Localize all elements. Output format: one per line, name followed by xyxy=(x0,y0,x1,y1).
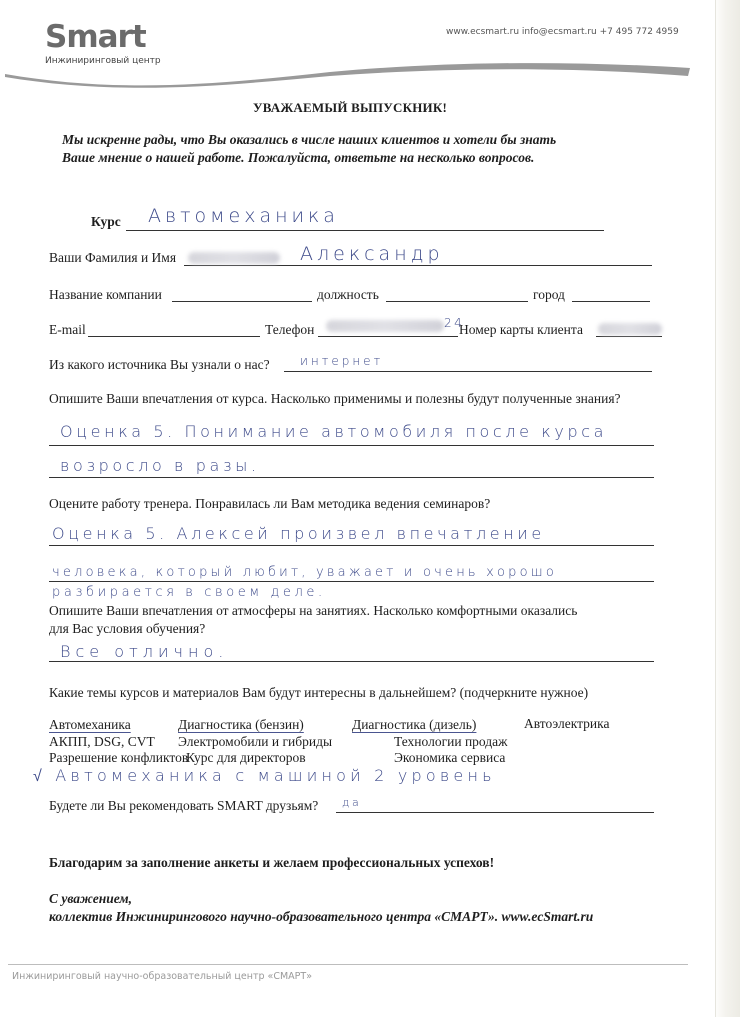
recommend-question: Будете ли Вы рекомендовать SMART друзьям… xyxy=(49,798,318,814)
company-field-line[interactable] xyxy=(172,301,312,302)
email-label: E-mail xyxy=(49,322,86,338)
client-card-label: Номер карты клиента xyxy=(459,322,583,338)
city-label: город xyxy=(533,287,565,303)
topic-auto-electrics[interactable]: Автоэлектрика xyxy=(524,716,609,732)
source-value: интернет xyxy=(300,354,383,368)
recommend-answer: да xyxy=(342,796,361,809)
atmosphere-answer: Все отлично. xyxy=(60,642,228,661)
thanks-message: Благодарим за заполнение анкеты и желаем… xyxy=(49,855,494,871)
intro-line-1: Мы искренне рады, что Вы оказались в чис… xyxy=(62,131,556,149)
topic-sales-technology[interactable]: Технологии продаж xyxy=(394,734,507,750)
source-field-line[interactable] xyxy=(284,371,652,372)
course-label: Курс xyxy=(91,214,121,230)
course-value: Автомеханика xyxy=(148,205,339,227)
trainer-question: Оцените работу тренера. Понравилась ли В… xyxy=(49,496,490,512)
topic-auto-mechanics[interactable]: Автомеханика xyxy=(49,717,131,733)
page-title: УВАЖАЕМЫЙ ВЫПУСКНИК! xyxy=(0,100,700,116)
email-field-line[interactable] xyxy=(88,336,260,337)
city-field-line[interactable] xyxy=(572,301,650,302)
trainer-answer-3: разбирается в своем деле. xyxy=(52,585,326,600)
intro-line-2: Ваше мнение о нашей работе. Пожалуйста, … xyxy=(62,149,556,167)
redacted-phone xyxy=(326,320,444,332)
trainer-answer-line-1[interactable] xyxy=(49,545,654,546)
topics-handwritten-extra: √ Автомеханика с машиной 2 уровень xyxy=(33,766,496,786)
header-contacts: www.ecsmart.ru info@ecsmart.ru +7 495 77… xyxy=(446,27,679,37)
topic-director-course[interactable]: Курс для директоров xyxy=(186,750,306,766)
regards-line-2: коллектив Инжинирингового научно-образов… xyxy=(49,908,593,926)
trainer-answer-line-2[interactable] xyxy=(49,581,654,582)
company-label: Название компании xyxy=(49,287,162,303)
footer-divider xyxy=(8,964,688,965)
source-label: Из какого источника Вы узнали о нас? xyxy=(49,357,270,373)
course-impressions-line-2[interactable] xyxy=(49,477,654,478)
regards-block: С уважением, коллектив Инжинирингового н… xyxy=(49,890,593,926)
topic-diagnostics-petrol[interactable]: Диагностика (бензин) xyxy=(178,717,304,733)
name-field-line[interactable] xyxy=(184,265,652,266)
intro-text: Мы искренне рады, что Вы оказались в чис… xyxy=(62,131,556,167)
course-impressions-answer-1: Оценка 5. Понимание автомобиля после кур… xyxy=(60,422,607,441)
regards-line-1: С уважением, xyxy=(49,890,593,908)
trainer-answer-2: человека, который любит, уважает и очень… xyxy=(52,565,557,580)
position-field-line[interactable] xyxy=(386,301,528,302)
recommend-answer-line[interactable] xyxy=(336,812,654,813)
header-swoosh-decoration xyxy=(0,44,700,94)
redacted-surname xyxy=(188,252,280,264)
name-value: Александр xyxy=(300,243,444,265)
topic-service-economics[interactable]: Экономика сервиса xyxy=(394,750,505,766)
atmosphere-answer-line[interactable] xyxy=(49,661,654,662)
phone-label: Телефон xyxy=(265,322,314,338)
atmosphere-question-line-2: для Вас условия обучения? xyxy=(49,621,205,637)
footer-text: Инжиниринговый научно-образовательный це… xyxy=(12,971,312,982)
atmosphere-question-line-1: Опишите Ваши впечатления от атмосферы на… xyxy=(49,603,577,619)
course-field-line[interactable] xyxy=(126,230,604,231)
course-impressions-line-1[interactable] xyxy=(49,445,654,446)
position-label: должность xyxy=(317,287,379,303)
name-label: Ваши Фамилия и Имя xyxy=(49,250,176,266)
phone-field-line[interactable] xyxy=(318,336,458,337)
topic-gearbox[interactable]: АКПП, DSG, CVT xyxy=(49,734,155,750)
topic-conflict-resolution[interactable]: Разрешение конфликтов xyxy=(49,750,188,766)
course-impressions-question: Опишите Ваши впечатления от курса. Наско… xyxy=(49,391,621,407)
topics-question: Какие темы курсов и материалов Вам будут… xyxy=(49,685,588,701)
scan-page-edge xyxy=(715,0,740,1017)
client-card-field-line[interactable] xyxy=(596,336,662,337)
redacted-client-card xyxy=(598,323,662,335)
topic-diagnostics-diesel[interactable]: Диагностика (дизель) xyxy=(352,717,476,733)
topic-electric-hybrid[interactable]: Электромобили и гибриды xyxy=(178,734,332,750)
course-impressions-answer-2: возросло в разы. xyxy=(60,456,260,475)
trainer-answer-1: Оценка 5. Алексей произвел впечатление xyxy=(52,524,545,543)
